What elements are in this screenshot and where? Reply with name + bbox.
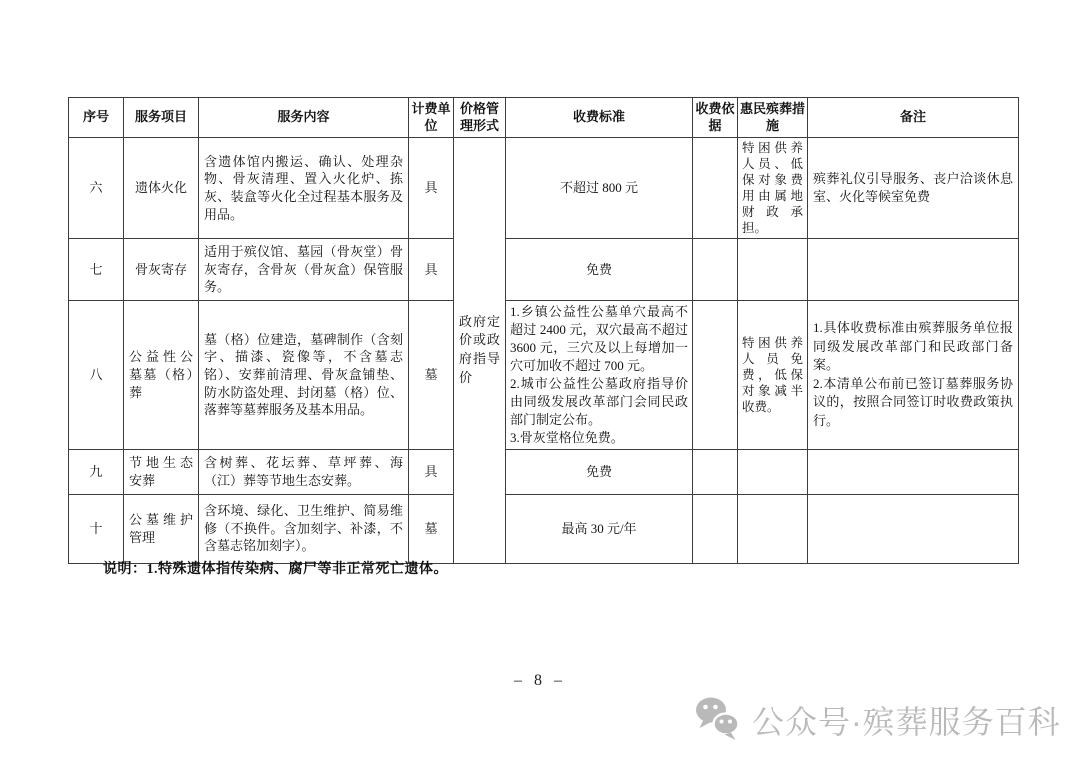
fee-standard-cell: 不超过 800 元 bbox=[506, 138, 693, 239]
service-item-cell: 遗体火化 bbox=[124, 138, 199, 239]
page-number: – 8 – bbox=[0, 672, 1080, 690]
service-content-cell: 墓（格）位建造，墓碑制作（含刻字、描漆、瓷像等，不含墓志铭）、安葬前清理、骨灰盒… bbox=[199, 301, 409, 450]
header-service-content: 服务内容 bbox=[199, 98, 409, 138]
billing-unit-cell: 墓 bbox=[409, 301, 454, 450]
welfare-measures-cell: 特困供养人员免费，低保对象减半收费。 bbox=[738, 301, 808, 450]
table-row: 十 公墓维护管理 含环境、绿化、卫生维护、简易维修（不换件。含加刻字、补漆，不含… bbox=[69, 494, 1019, 563]
row-no-cell: 六 bbox=[69, 138, 124, 239]
header-service-item: 服务项目 bbox=[124, 98, 199, 138]
document-page: 序号 服务项目 服务内容 计费单位 价格管理形式 收费标准 收费依据 惠民殡葬措… bbox=[0, 0, 1080, 764]
fee-standard-cell: 免费 bbox=[506, 239, 693, 301]
fee-basis-cell bbox=[693, 494, 738, 563]
fee-basis-cell bbox=[693, 138, 738, 239]
billing-unit-cell: 具 bbox=[409, 449, 454, 494]
service-item-cell: 节地生态安葬 bbox=[124, 449, 199, 494]
header-price-management: 价格管理形式 bbox=[454, 98, 506, 138]
price-management-cell: 政府定价或政府指导价 bbox=[454, 138, 506, 564]
welfare-measures-cell bbox=[738, 449, 808, 494]
fee-basis-cell bbox=[693, 239, 738, 301]
header-index: 序号 bbox=[69, 98, 124, 138]
remarks-cell bbox=[808, 449, 1019, 494]
remarks-cell: 1.具体收费标准由殡葬服务单位报同级发展改革部门和民政部门备案。 2.本清单公布… bbox=[808, 301, 1019, 450]
table-row: 八 公益性公墓墓（格）葬 墓（格）位建造，墓碑制作（含刻字、描漆、瓷像等，不含墓… bbox=[69, 301, 1019, 450]
wechat-icon bbox=[694, 696, 742, 744]
table-row: 七 骨灰寄存 适用于殡仪馆、墓园（骨灰堂）骨灰寄存，含骨灰（骨灰盒）保管服务。 … bbox=[69, 239, 1019, 301]
fee-basis-cell bbox=[693, 449, 738, 494]
row-no-cell: 九 bbox=[69, 449, 124, 494]
billing-unit-cell: 墓 bbox=[409, 494, 454, 563]
header-welfare-measures: 惠民殡葬措施 bbox=[738, 98, 808, 138]
remarks-cell bbox=[808, 239, 1019, 301]
row-no-cell: 十 bbox=[69, 494, 124, 563]
table-footnote: 说明：1.特殊遗体指传染病、腐尸等非正常死亡遗体。 bbox=[103, 558, 448, 578]
service-item-cell: 公益性公墓墓（格）葬 bbox=[124, 301, 199, 450]
welfare-measures-cell bbox=[738, 239, 808, 301]
service-item-cell: 骨灰寄存 bbox=[124, 239, 199, 301]
welfare-measures-cell bbox=[738, 494, 808, 563]
table-row: 六 遗体火化 含遗体馆内搬运、确认、处理杂物、骨灰清理、置入火化炉、拣灰、装盒等… bbox=[69, 138, 1019, 239]
billing-unit-cell: 具 bbox=[409, 239, 454, 301]
billing-unit-cell: 具 bbox=[409, 138, 454, 239]
service-item-cell: 公墓维护管理 bbox=[124, 494, 199, 563]
table-header-row: 序号 服务项目 服务内容 计费单位 价格管理形式 收费标准 收费依据 惠民殡葬措… bbox=[69, 98, 1019, 138]
table-row: 九 节地生态安葬 含树葬、花坛葬、草坪葬、海（江）葬等节地生态安葬。 具 免费 bbox=[69, 449, 1019, 494]
header-fee-basis: 收费依据 bbox=[693, 98, 738, 138]
fee-standard-cell: 1.乡镇公益性公墓单穴最高不超过 2400 元，双穴最高不超过 3600 元，三… bbox=[506, 301, 693, 450]
fee-standard-cell: 免费 bbox=[506, 449, 693, 494]
welfare-measures-cell: 特困供养人员、低保对象费用由属地财政承担。 bbox=[738, 138, 808, 239]
row-no-cell: 八 bbox=[69, 301, 124, 450]
row-no-cell: 七 bbox=[69, 239, 124, 301]
footer-watermark: 公众号·殡葬服务百科 bbox=[694, 696, 1061, 744]
funeral-service-price-table: 序号 服务项目 服务内容 计费单位 价格管理形式 收费标准 收费依据 惠民殡葬措… bbox=[68, 97, 1019, 564]
service-content-cell: 适用于殡仪馆、墓园（骨灰堂）骨灰寄存，含骨灰（骨灰盒）保管服务。 bbox=[199, 239, 409, 301]
header-remarks: 备注 bbox=[808, 98, 1019, 138]
fee-standard-cell: 最高 30 元/年 bbox=[506, 494, 693, 563]
remarks-cell bbox=[808, 494, 1019, 563]
fee-basis-cell bbox=[693, 301, 738, 450]
remarks-cell: 殡葬礼仪引导服务、丧户洽谈休息室、火化等候室免费 bbox=[808, 138, 1019, 239]
header-fee-standard: 收费标准 bbox=[506, 98, 693, 138]
footer-brand-text: 公众号·殡葬服务百科 bbox=[752, 697, 1061, 743]
service-content-cell: 含环境、绿化、卫生维护、简易维修（不换件。含加刻字、补漆，不含墓志铭加刻字）。 bbox=[199, 494, 409, 563]
service-content-cell: 含树葬、花坛葬、草坪葬、海（江）葬等节地生态安葬。 bbox=[199, 449, 409, 494]
service-content-cell: 含遗体馆内搬运、确认、处理杂物、骨灰清理、置入火化炉、拣灰、装盒等火化全过程基本… bbox=[199, 138, 409, 239]
header-billing-unit: 计费单位 bbox=[409, 98, 454, 138]
